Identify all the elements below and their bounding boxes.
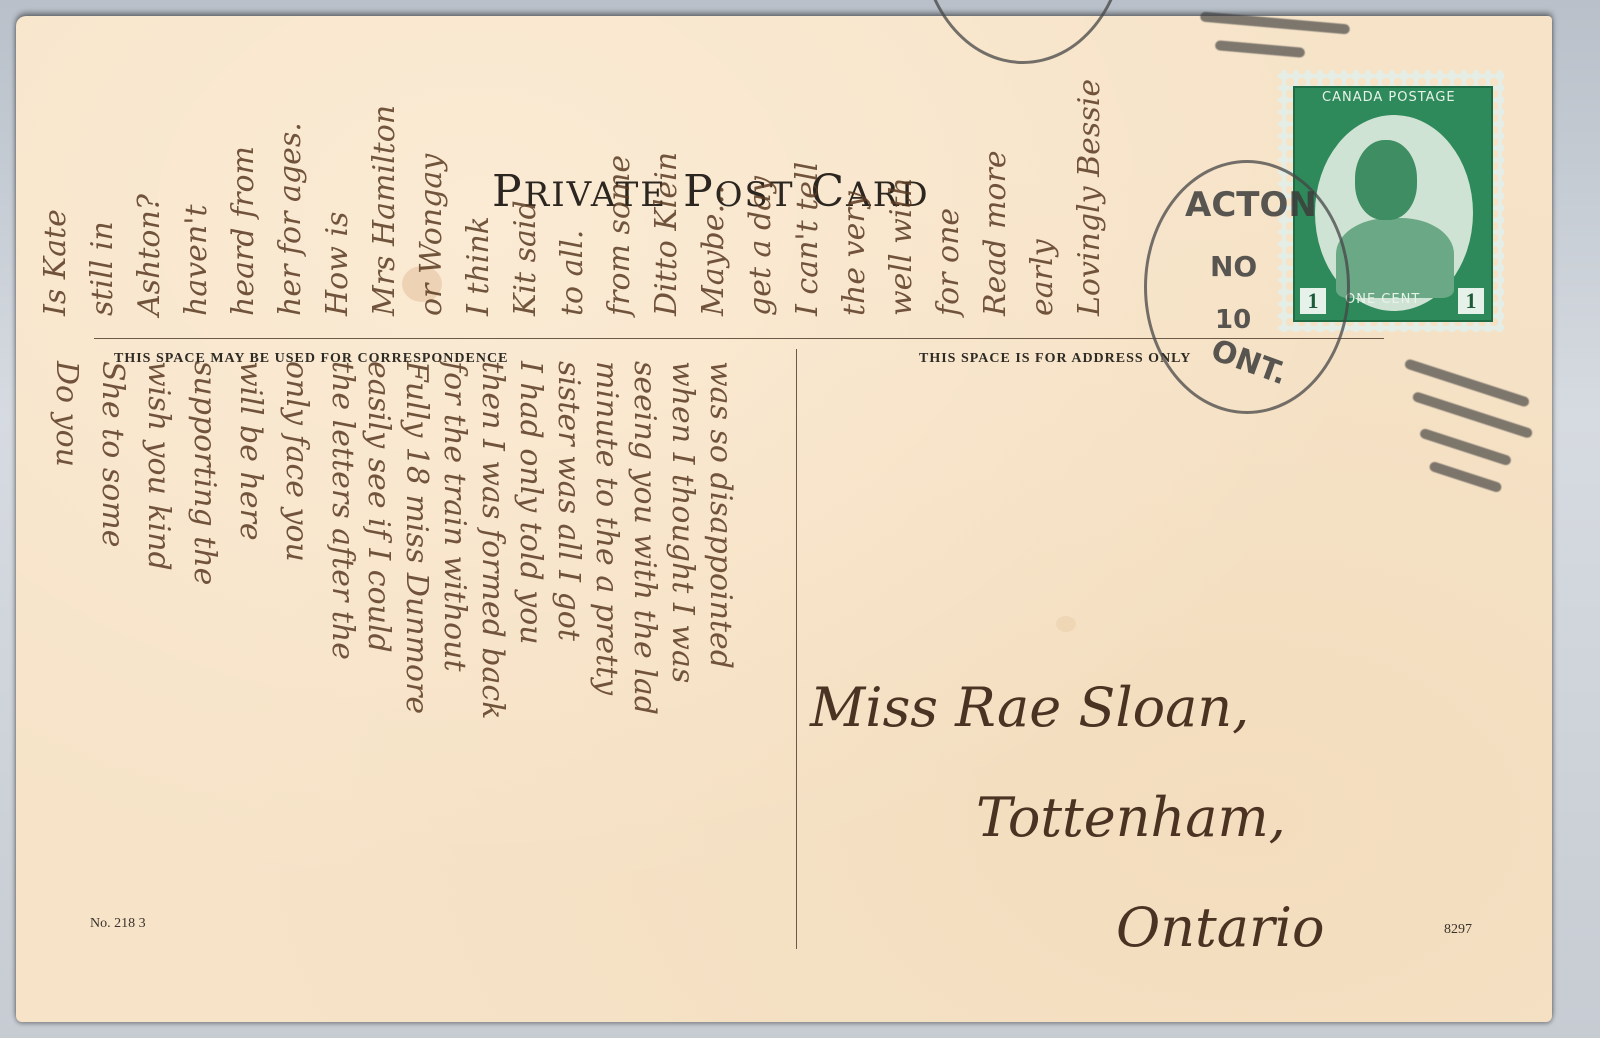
handwritten-line: heard from (226, 146, 261, 316)
handwritten-line: Maybe... (696, 185, 731, 316)
handwritten-line: Ditto Klein (649, 152, 684, 316)
handwritten-line: to all. (555, 230, 590, 316)
handwritten-line: for one (931, 208, 966, 316)
handwritten-line: early (1025, 239, 1060, 316)
handwritten-line: her for ages. (273, 122, 308, 316)
print-number-right: 8297 (1444, 922, 1472, 938)
stamp-country: CANADA POSTAGE (1322, 90, 1456, 105)
handwritten-line: wish you kind (141, 361, 176, 571)
king-portrait-icon (1336, 218, 1454, 298)
paper-stain (1056, 616, 1076, 632)
stamp-denomination-right: 1 (1458, 288, 1484, 314)
handwritten-line: How is (320, 212, 355, 316)
stamp-value-text: ONE CENT (1345, 292, 1420, 307)
address-town: Tottenham, (976, 786, 1286, 849)
handwritten-line: I had only told you (513, 361, 548, 645)
handwritten-line: get a day (743, 176, 778, 316)
handwritten-line: Do you (49, 361, 84, 467)
king-head-icon (1355, 140, 1417, 220)
handwritten-line: was so disappointed (703, 361, 738, 669)
vertical-divider (796, 349, 797, 949)
handwritten-line: only face you (279, 361, 314, 562)
handwritten-line: the letters after the (325, 361, 360, 660)
handwritten-line: I think (461, 216, 496, 316)
handwritten-line: Is Kate (38, 209, 73, 316)
handwritten-line: seeing you with the lad (627, 361, 662, 715)
handwritten-line: still in (85, 221, 120, 316)
postmark-month: NO (1210, 250, 1257, 283)
handwritten-line: the very (837, 191, 872, 316)
handwritten-line: well with (884, 177, 919, 316)
handwritten-line: will be here (233, 361, 268, 541)
address-name: Miss Rae Sloan, (810, 676, 1249, 739)
print-number-left: No. 218 3 (90, 916, 146, 932)
address-label: THIS SPACE IS FOR ADDRESS ONLY (919, 351, 1191, 367)
handwritten-line: Lovingly Bessie (1072, 79, 1107, 316)
handwritten-line: or Wongay (414, 154, 449, 316)
handwritten-line: Kit said (508, 200, 543, 316)
handwritten-line: Mrs Hamilton (367, 105, 402, 316)
handwritten-line: minute to the a pretty (589, 361, 624, 695)
handwritten-line: from some (602, 155, 637, 316)
handwritten-line: haven't (179, 204, 214, 316)
postmark-town: ACTON (1185, 185, 1317, 225)
handwritten-line: when I thought I was (665, 361, 700, 683)
handwritten-line: easily see if I could (361, 361, 396, 653)
handwritten-line: then I was formed back (475, 361, 510, 719)
address-province: Ontario (1116, 896, 1325, 959)
handwritten-line: for the train without (437, 361, 472, 672)
postmark-day: 10 (1215, 305, 1251, 335)
handwritten-line: Fully 18 miss Dunmore (399, 361, 434, 714)
handwritten-line: She to some (95, 361, 130, 547)
handwritten-line: I can't tell (790, 162, 825, 316)
handwritten-line: Ashton? (132, 194, 167, 316)
handwritten-line: supporting the (187, 361, 222, 585)
handwritten-line: sister was all I got (551, 361, 586, 641)
handwritten-line: Read more (978, 150, 1013, 316)
